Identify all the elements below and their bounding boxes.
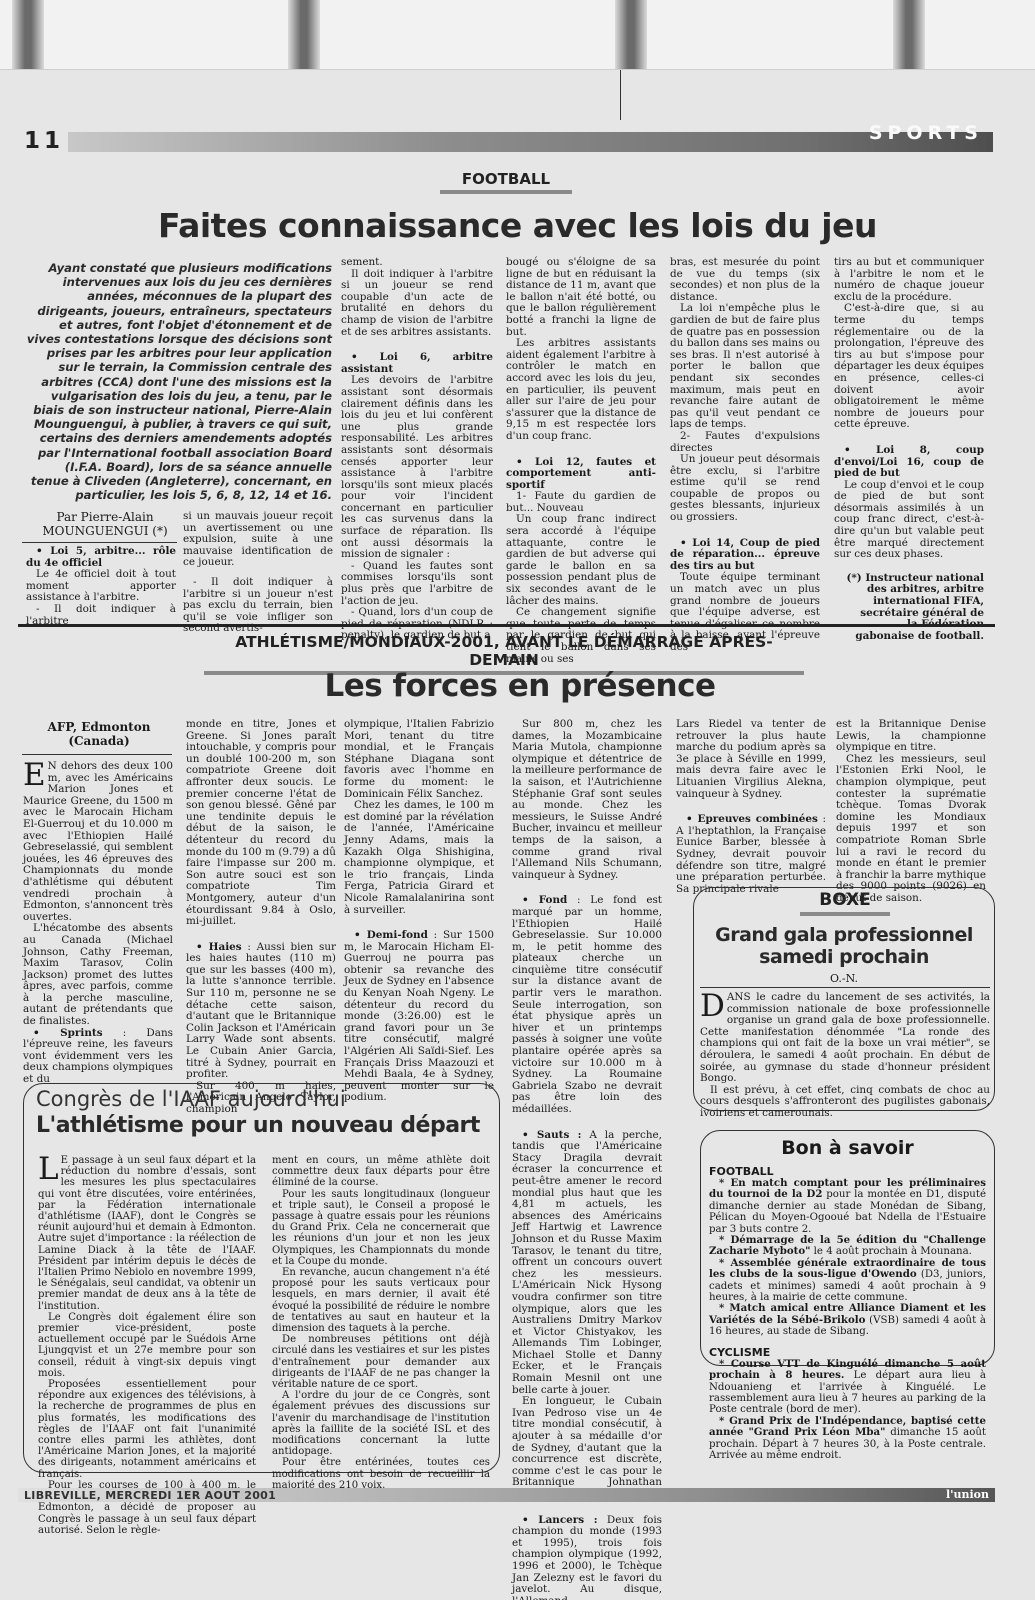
boxe-body: DANS le cadre du lancement de ses activi… [700,992,990,1120]
paragraph: A l'ordre du jour de ce Congrès, sont ég… [272,1390,490,1457]
subheading: • Loi 14, Coup de pied de réparation... … [670,538,820,573]
byline-rule [22,754,172,755]
drop-cap: E [23,762,46,788]
paragraph: Un joueur peut désormais être exclu, si … [670,454,820,524]
byline-rule [700,987,990,988]
subheading: • Fond [522,894,567,906]
boxe-headline: Grand gala professionnel samedi prochain [693,924,995,968]
athletics-column-2: monde en titre, Jones et Greene. Si Jone… [186,719,336,1116]
iaaf-headline: L'athlétisme pour un nouveau départ [36,1113,480,1138]
byline-line: (Canada) [24,734,174,748]
subheading: • Loi 6, arbitre assistant [341,352,493,375]
kicker-text: ATHLÉTISME/MONDIAUX-2001, AVANT LE DÉMAR… [235,633,772,669]
paragraph: C'est-à-dire que, si au terme du temps r… [834,303,984,431]
paragraph: : Aussi bien sur les haies hautes (110 m… [186,941,336,1081]
paragraph: La loi n'empêche plus le gardien de but … [670,303,820,431]
section-divider [18,624,995,627]
kicker-text: FOOTBALL [462,170,550,188]
news-item: * En match comptant pour les préliminair… [709,1178,986,1235]
paragraph: Chez les messieurs, seul l'Estonien Erki… [836,754,986,905]
kicker-text: BOXE [819,890,871,910]
athletics-column-5: Lars Riedel va tenter de retrouver la pl… [676,719,826,895]
athletics-byline: AFP, Edmonton (Canada) [24,720,174,748]
paragraph: De nombreuses pétitions ont déjà circulé… [272,1334,490,1390]
headline-line: samedi prochain [693,946,995,968]
scan-shadow-bar [893,0,925,70]
footer-dateline: LIBREVILLE, MERCREDI 1ER AOUT 2001 [24,1489,276,1502]
paragraph: Chez les dames, le 100 m est dominé par … [344,800,494,916]
byline-line: AFP, Edmonton [24,720,174,734]
byline-line: Par Pierre-Alain [30,510,180,524]
paragraph: Pour les sauts longitudinaux (longueur e… [272,1189,490,1267]
newspaper-logo: l'union [946,1488,989,1501]
football-column-2: si un mauvais joueur reçoit un avertisse… [183,511,333,635]
subheading: • Sprints [33,1027,103,1039]
headline-line: Grand gala professionnel [693,924,995,946]
subheading: • Loi 12, fautes et comportement anti-sp… [506,457,656,492]
paragraph: Le Congrès doit également élire son prem… [38,1312,256,1379]
paragraph: Le coup d'envoi et le coup de pied de bu… [834,480,984,561]
subheading: • Demi-fond [354,929,428,941]
football-column-3: sement. Il doit indiquer à l'arbitre si … [341,257,493,642]
paragraph: : A l'heptathlon, la Française Eunice Ba… [676,813,826,895]
scan-shadow-bar [288,0,320,70]
paragraph: E passage à un seul faux départ et la ré… [38,1155,256,1312]
paragraph: Les arbitres assistants aident également… [506,338,656,442]
kicker-rule [440,190,572,194]
subheading: • Haies [196,941,242,953]
paragraph: Le 4e officiel doit à tout moment apport… [26,569,176,604]
football-column-1: • Loi 5, arbitre... rôle du 4e officiel … [26,546,176,627]
athletics-column-6: est la Britannique Denise Lewis, la cham… [836,719,986,905]
scan-shadow-bar [12,0,44,70]
paragraph: ment en cours, un même athlète doit comm… [272,1155,490,1189]
paragraph: En revanche, aucun changement n'a été pr… [272,1267,490,1334]
paragraph: Il est prévu, à cet effet, cinq combats … [700,1085,990,1120]
football-kicker: FOOTBALL [440,170,572,194]
bon-a-savoir-box: Bon à savoir FOOTBALL * En match comptan… [700,1130,995,1366]
paragraph: tirs au but et communiquer à l'arbitre l… [834,257,984,303]
news-item: * Grand Prix de l'Indépendance, baptisé … [709,1416,986,1462]
paragraph: olympique, l'Italien Fabrizio Mori, tena… [344,719,494,800]
news-item: * Course VTT de Kinguélé dimanche 5 août… [709,1359,986,1416]
author-note: (*) Instructeur national des arbitres, a… [834,573,984,643]
paragraph: ANS le cadre du lancement de ses activit… [700,991,990,1084]
paragraph: A la perche, tandis que l'Américaine Sta… [512,1129,662,1396]
news-item: * Assemblée générale extraordinaire de t… [709,1258,986,1304]
paragraph: sement. [341,257,493,269]
paragraph: bougé ou s'éloigne de sa ligne de but en… [506,257,656,338]
page-number: 11 [24,128,64,154]
football-byline: Par Pierre-Alain MOUNGUENGUI (*) [30,510,180,538]
page-fold-line [620,70,621,120]
paragraph: Proposées essentiellement pour répondre … [38,1379,256,1480]
iaaf-column-1: LE passage à un seul faux départ et la r… [38,1155,256,1536]
header-band [68,132,993,152]
drop-cap: D [700,993,725,1019]
subheading: • Loi 8, coup d'envoi/Loi 16, coup de pi… [834,445,984,480]
page-header: 11 SPORTS [18,122,993,156]
football-column-5: bras, est mesurée du point de vue du tem… [670,257,820,654]
paragraph: est la Britannique Denise Lewis, la cham… [836,719,986,754]
paragraph: En longueur, le Cubain Ivan Pedroso vise… [512,1396,662,1500]
paragraph: Lars Riedel va tenter de retrouver la pl… [676,719,826,800]
paragraph: - Quand les fautes sont commises lorsqu'… [341,561,493,607]
paragraph: Un coup franc indirect sera accordé à l'… [506,514,656,607]
drop-cap: L [38,1156,59,1182]
scan-shadow-bar [615,0,647,70]
news-item: * Match amical entre Alliance Diament et… [709,1303,986,1337]
kicker-rule [800,912,890,916]
paragraph: : Le fond est marqué par un homme, l'Eth… [512,894,662,1115]
bon-a-savoir-title: Bon à savoir [701,1137,994,1159]
paragraph: Sur 800 m, chez les dames, la Mozambicai… [512,719,662,881]
paragraph: Pour être entérinées, toutes ces modific… [272,1457,490,1491]
football-headline: Faites connaissance avec les lois du jeu [0,206,1035,245]
football-column-4: bougé ou s'éloigne de sa ligne de but en… [506,257,656,665]
byline-rule [22,542,177,543]
subheading: • Lancers : [522,1514,598,1526]
football-chapo: Ayant constaté que plusieurs modificatio… [26,261,332,502]
news-item: * Démarrage de la 5e édition du "Challen… [709,1235,986,1258]
iaaf-overline: Congrès de l'IAAF aujourd'hui [36,1087,346,1111]
subheading: • Epreuves combinées [686,813,818,825]
section-name: SPORTS [869,122,983,144]
athletics-headline: Les forces en présence [250,668,790,704]
newspaper-page: 11 SPORTS FOOTBALL Faites connaissance a… [0,69,1035,1600]
paragraph: bras, est mesurée du point de vue du tem… [670,257,820,303]
paragraph: L'hécatombe des absents au Canada (Micha… [23,923,173,1027]
football-column-6: tirs au but et communiquer à l'arbitre l… [834,257,984,642]
boxe-byline: O.-N. [693,972,995,986]
subheading: • Loi 5, arbitre... rôle du 4e officiel [26,546,176,569]
paragraph: Il doit indiquer à l'arbitre si un joueu… [341,269,493,339]
paragraph: : Sur 1500 m, le Marocain Hicham El-Guer… [344,929,494,1103]
paragraph: 2- Fautes d'expulsions directes [670,431,820,454]
paragraph: 1- Faute du gardien de but... Nouveau [506,491,656,514]
athletics-column-3: olympique, l'Italien Fabrizio Mori, tena… [344,719,494,1104]
athletics-column-4: Sur 800 m, chez les dames, la Mozambicai… [512,719,662,1600]
boxe-kicker: BOXE [800,890,890,916]
athletics-column-1: EN dehors des deux 100 m, avec les Améri… [23,761,173,1086]
paragraph: si un mauvais joueur reçoit un avertisse… [183,511,333,569]
paragraph: Deux fois champion du monde (1993 et 199… [512,1514,662,1600]
scanner-background [0,0,1035,70]
byline-line: MOUNGUENGUI (*) [30,524,180,538]
iaaf-column-2: ment en cours, un même athlète doit comm… [272,1155,490,1491]
subheading: • Sauts : [522,1129,581,1141]
paragraph: monde en titre, Jones et Greene. Si Jone… [186,719,336,928]
paragraph: Les devoirs de l'arbitre assistant sont … [341,375,493,561]
